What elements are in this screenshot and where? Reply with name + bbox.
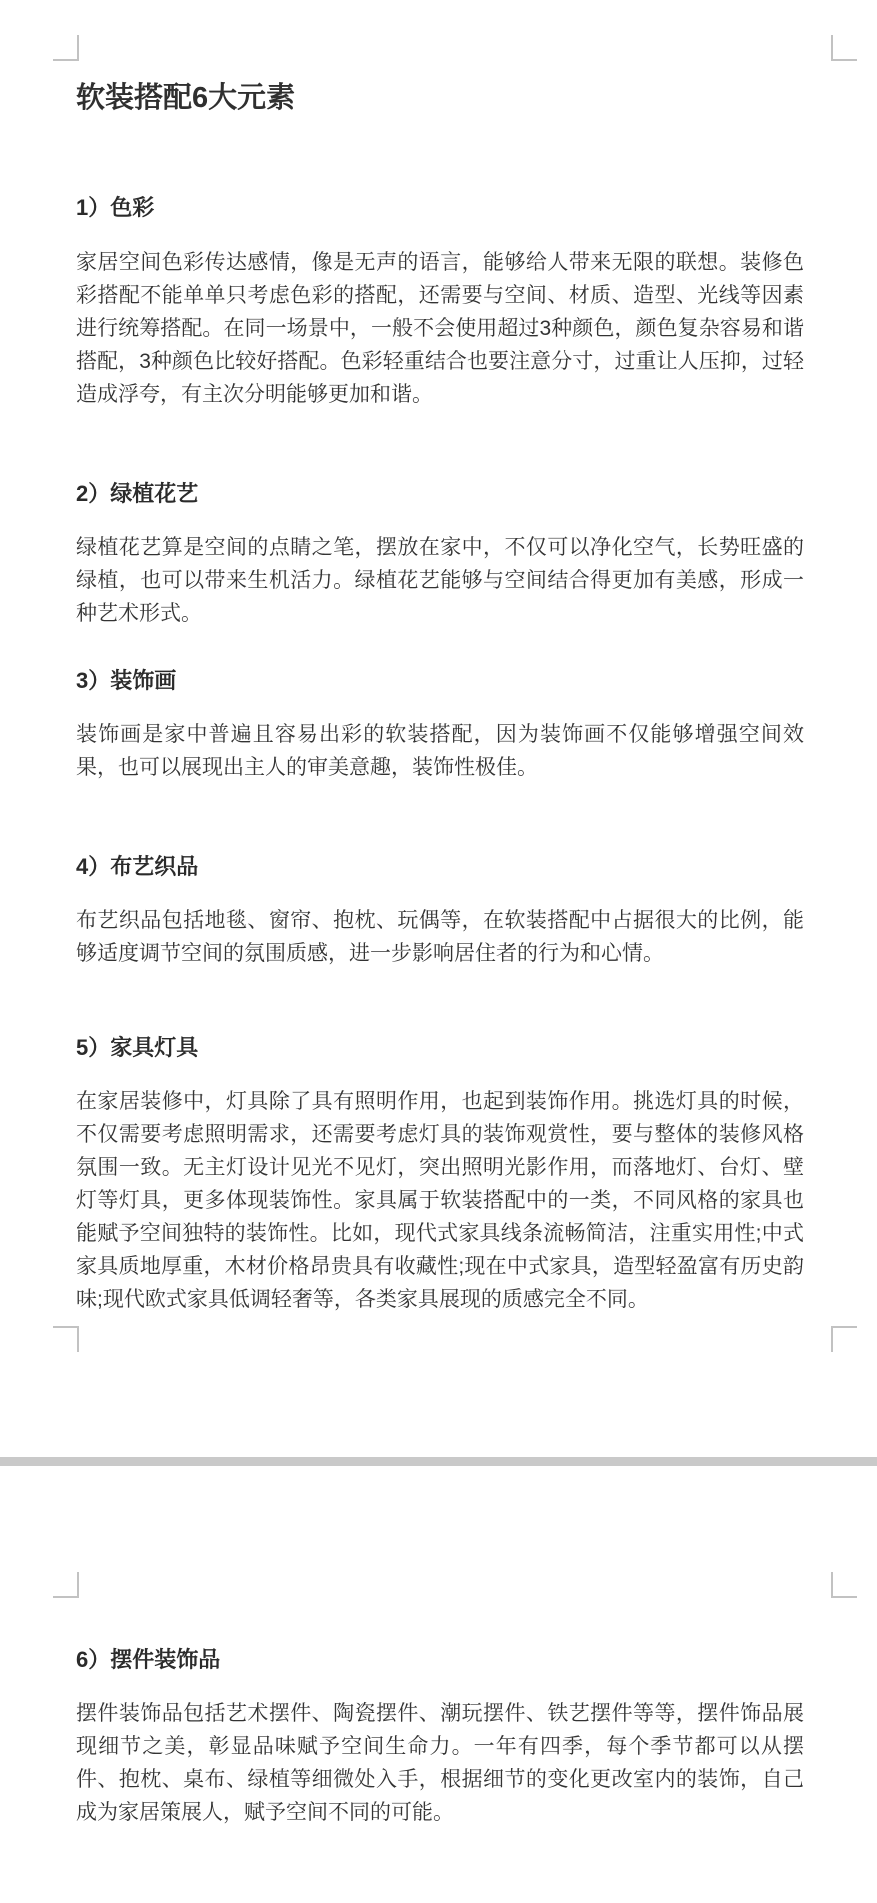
crop-mark-top-right-icon <box>831 35 857 61</box>
crop-mark-bottom-right-icon <box>831 1326 857 1352</box>
section-5-body: 在家居装修中，灯具除了具有照明作用，也起到装饰作用。挑选灯具的时候，不仅需要考虑… <box>76 1085 804 1316</box>
crop-mark-top-left-icon <box>53 1572 79 1598</box>
section-6-heading: 6）摆件装饰品 <box>76 1645 804 1675</box>
page-separator <box>0 1457 877 1466</box>
section-1-body: 家居空间色彩传达感情，像是无声的语言，能够给人带来无限的联想。装修色彩搭配不能单… <box>76 246 804 411</box>
section-4-heading: 4）布艺织品 <box>76 852 804 882</box>
section-1-heading: 1）色彩 <box>76 193 804 223</box>
section-4-body: 布艺织品包括地毯、窗帘、抱枕、玩偶等，在软装搭配中占据很大的比例，能够适度调节空… <box>76 904 804 970</box>
document-page-2[interactable]: 6）摆件装饰品 摆件装饰品包括艺术摆件、陶瓷摆件、潮玩摆件、铁艺摆件等等，摆件饰… <box>0 1466 877 1903</box>
document-title: 软装搭配6大元素 <box>76 78 804 118</box>
section-3-heading: 3）装饰画 <box>76 666 804 696</box>
crop-mark-top-right-icon <box>831 1572 857 1598</box>
section-3-body: 装饰画是家中普遍且容易出彩的软装搭配，因为装饰画不仅能够增强空间效果，也可以展现… <box>76 718 804 784</box>
section-5-heading: 5）家具灯具 <box>76 1033 804 1063</box>
section-2-heading: 2）绿植花艺 <box>76 479 804 509</box>
crop-mark-bottom-left-icon <box>53 1326 79 1352</box>
document-page-1[interactable]: 软装搭配6大元素 1）色彩 家居空间色彩传达感情，像是无声的语言，能够给人带来无… <box>0 0 877 1457</box>
crop-mark-top-left-icon <box>53 35 79 61</box>
section-2-body: 绿植花艺算是空间的点睛之笔，摆放在家中，不仅可以净化空气，长势旺盛的绿植，也可以… <box>76 531 804 630</box>
section-6-body: 摆件装饰品包括艺术摆件、陶瓷摆件、潮玩摆件、铁艺摆件等等，摆件饰品展现细节之美，… <box>76 1697 804 1829</box>
